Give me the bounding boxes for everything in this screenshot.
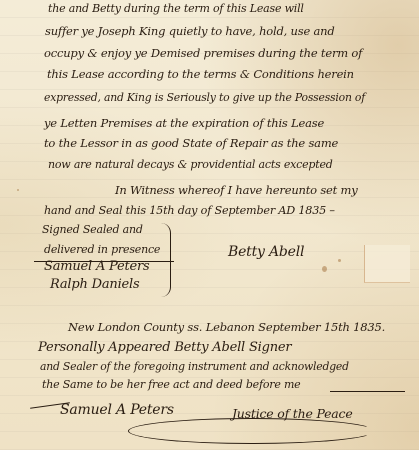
justice-signature: Samuel A Peters <box>60 402 174 418</box>
acknowledgment-line: Personally Appeared Betty Abell Signer <box>38 340 291 355</box>
lease-line: this Lease according to the terms & Cond… <box>47 67 354 81</box>
attestation-line: delivered in presence <box>44 243 160 256</box>
paper-repair-patch <box>364 245 410 283</box>
lease-line: the and Betty during the term of this Le… <box>48 2 304 15</box>
testimonium-line: In Witness whereof I have hereunto set m… <box>115 183 358 197</box>
lease-line: ye Letten Premises at the expiration of … <box>44 116 324 130</box>
signature-flourish <box>128 418 375 444</box>
attestation-brace <box>160 223 171 297</box>
acknowledgment-heading: New London County ss. Lebanon September … <box>68 320 385 334</box>
lease-line: suffer ye Joseph King quietly to have, h… <box>45 24 335 38</box>
lease-line: occupy & enjoy ye Demised premises durin… <box>44 46 362 60</box>
witness-underline <box>34 261 174 262</box>
attestation-line: Signed Sealed and <box>42 223 143 236</box>
witness-signature: Ralph Daniels <box>50 277 139 292</box>
ink-stain <box>322 266 327 272</box>
ink-stain <box>338 259 341 262</box>
signatory-signature: Betty Abell <box>228 244 304 260</box>
lease-line: expressed, and King is Seriously to give… <box>44 91 365 104</box>
testimonium-line: hand and Seal this 15th day of September… <box>44 204 335 217</box>
lease-line: now are natural decays & providential ac… <box>48 158 333 171</box>
ink-stain <box>17 189 19 191</box>
acknowledgment-underline <box>330 391 405 392</box>
manuscript-page: the and Betty during the term of this Le… <box>0 0 419 450</box>
acknowledgment-line: the Same to be her free act and deed bef… <box>42 378 301 391</box>
acknowledgment-line: and Sealer of the foregoing instrument a… <box>40 360 349 373</box>
lease-line: to the Lessor in as good State of Repair… <box>44 136 338 150</box>
